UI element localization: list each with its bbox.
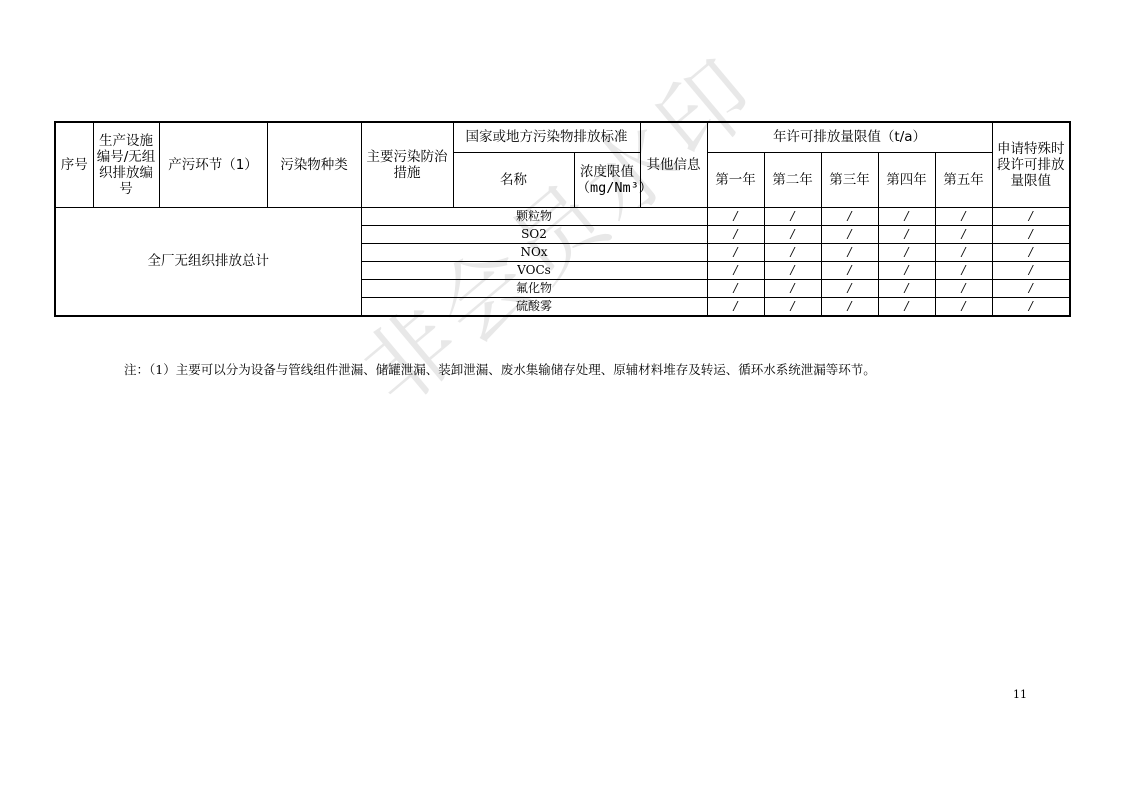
pollutant-name: NOx xyxy=(361,243,707,261)
limit-value-cell: / xyxy=(764,243,821,261)
limit-value-cell: / xyxy=(707,279,764,297)
limit-value-cell: / xyxy=(764,207,821,225)
header-stage: 产污环节（1） xyxy=(159,122,267,207)
limit-value-cell: / xyxy=(764,297,821,316)
header-facility-id: 生产设施编号/无组织排放编号 xyxy=(93,122,159,207)
limit-value-cell: / xyxy=(935,243,992,261)
limit-value-cell: / xyxy=(935,207,992,225)
limit-value-cell: / xyxy=(992,297,1070,316)
limit-value-cell: / xyxy=(821,279,878,297)
limit-value-cell: / xyxy=(764,225,821,243)
header-year-3: 第三年 xyxy=(821,152,878,207)
limit-value-cell: / xyxy=(935,279,992,297)
limit-value-cell: / xyxy=(707,243,764,261)
header-standard-group: 国家或地方污染物排放标准 xyxy=(453,122,640,152)
limit-value-cell: / xyxy=(764,279,821,297)
limit-value-cell: / xyxy=(878,261,935,279)
table-row: 全厂无组织排放总计颗粒物////// xyxy=(55,207,1070,225)
footnote: 注：（1）主要可以分为设备与管线组件泄漏、储罐泄漏、装卸泄漏、废水集输储存处理、… xyxy=(124,360,876,378)
limit-value-cell: / xyxy=(821,225,878,243)
limit-value-cell: / xyxy=(821,207,878,225)
limit-value-cell: / xyxy=(992,225,1070,243)
limit-value-cell: / xyxy=(878,243,935,261)
limit-value-cell: / xyxy=(935,261,992,279)
header-year-1: 第一年 xyxy=(707,152,764,207)
limit-value-cell: / xyxy=(935,225,992,243)
page-number: 11 xyxy=(1013,688,1027,701)
pollutant-name: 硫酸雾 xyxy=(361,297,707,316)
limit-value-cell: / xyxy=(992,207,1070,225)
header-standard-name: 名称 xyxy=(453,152,574,207)
limit-value-cell: / xyxy=(707,207,764,225)
document-page: 非会员水印 序号 生产设施编号/无组织排放编号 产污环节（1） 污染物种类 主要… xyxy=(0,0,1122,793)
pollutant-name: 颗粒物 xyxy=(361,207,707,225)
limit-value-cell: / xyxy=(764,261,821,279)
limit-value-cell: / xyxy=(935,297,992,316)
limit-value-cell: / xyxy=(821,243,878,261)
header-annual-limit-group: 年许可排放量限值（t/a） xyxy=(707,122,992,152)
limit-value-cell: / xyxy=(821,297,878,316)
limit-value-cell: / xyxy=(992,279,1070,297)
limit-value-cell: / xyxy=(707,261,764,279)
pollutant-name: SO2 xyxy=(361,225,707,243)
limit-value-cell: / xyxy=(821,261,878,279)
header-year-2: 第二年 xyxy=(764,152,821,207)
limit-value-cell: / xyxy=(878,297,935,316)
limit-value-cell: / xyxy=(707,225,764,243)
limit-value-cell: / xyxy=(878,207,935,225)
header-pollutant-type: 污染物种类 xyxy=(267,122,361,207)
header-year-4: 第四年 xyxy=(878,152,935,207)
limit-value-cell: / xyxy=(992,261,1070,279)
pollutant-name: VOCs xyxy=(361,261,707,279)
header-seq: 序号 xyxy=(55,122,93,207)
summary-label: 全厂无组织排放总计 xyxy=(55,207,361,316)
limit-value-cell: / xyxy=(707,297,764,316)
header-concentration-limit: 浓度限值（mg/Nm³） xyxy=(574,152,640,207)
emission-permit-table: 序号 生产设施编号/无组织排放编号 产污环节（1） 污染物种类 主要污染防治措施… xyxy=(54,121,1071,317)
limit-value-cell: / xyxy=(878,279,935,297)
limit-value-cell: / xyxy=(878,225,935,243)
header-control-measures: 主要污染防治措施 xyxy=(361,122,453,207)
limit-value-cell: / xyxy=(992,243,1070,261)
header-special-period: 申请特殊时段许可排放量限值 xyxy=(992,122,1070,207)
pollutant-name: 氟化物 xyxy=(361,279,707,297)
header-year-5: 第五年 xyxy=(935,152,992,207)
